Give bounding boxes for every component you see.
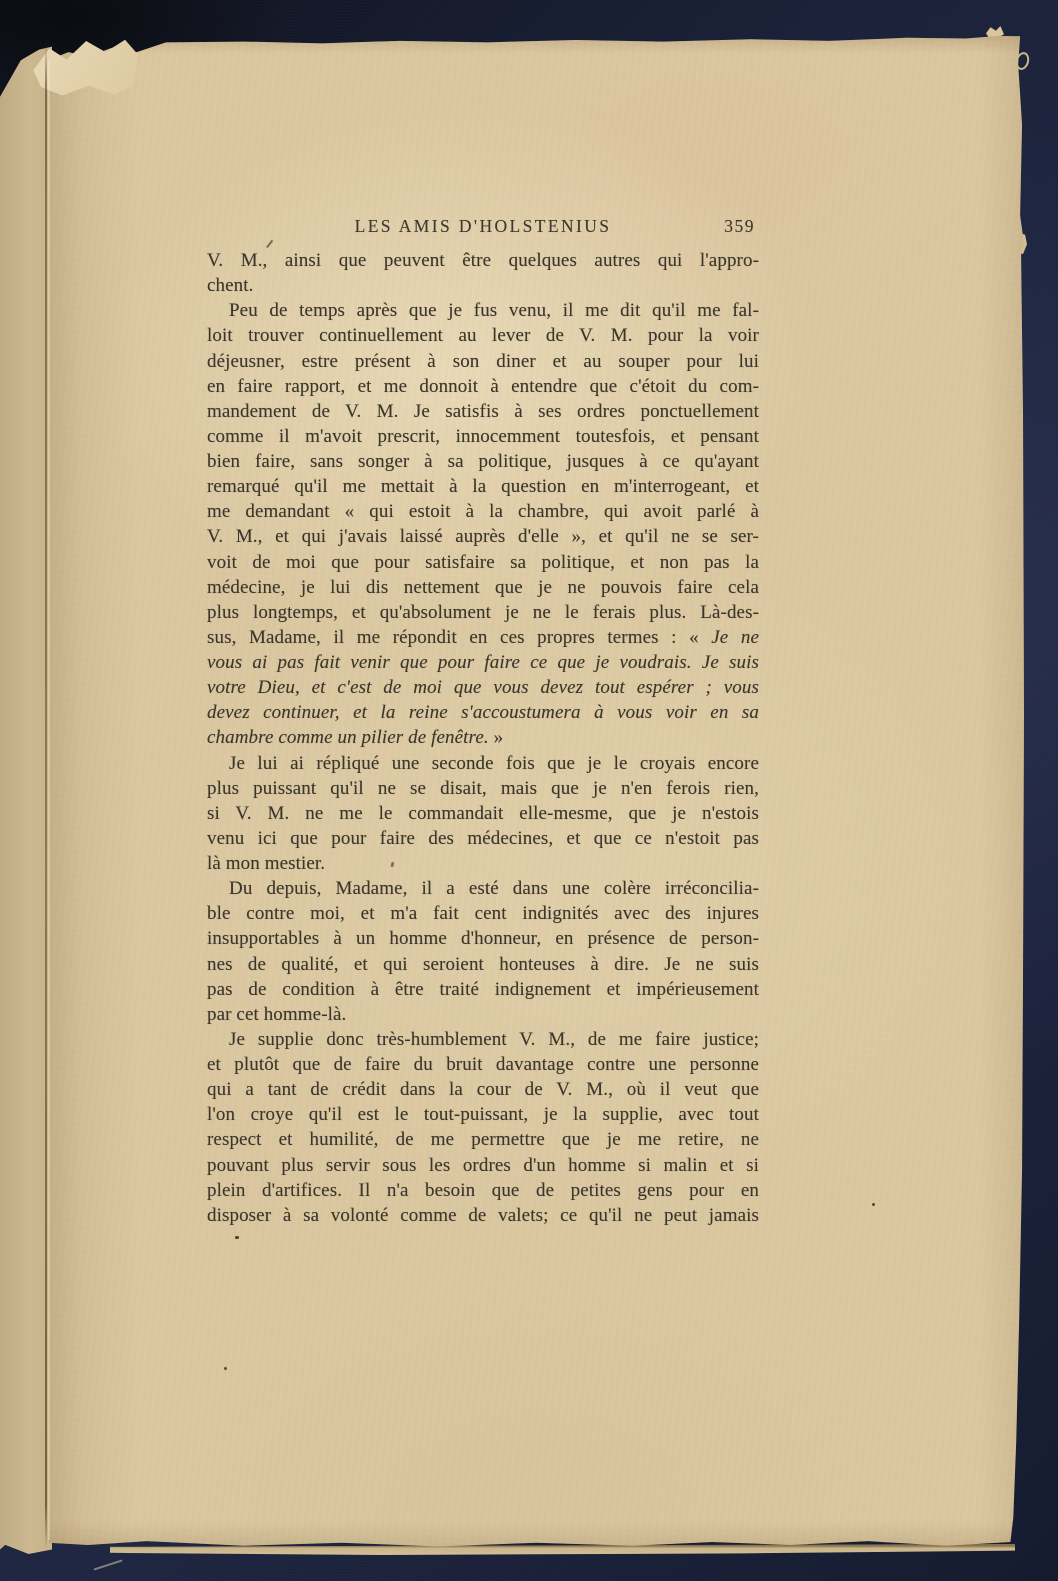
text-line: Du depuis, Madame, il a esté dans une co… bbox=[207, 876, 759, 901]
text-line: en faire rapport, et me donnoit à entend… bbox=[207, 374, 759, 399]
text-segment: là mon mestier. bbox=[207, 853, 325, 874]
text-segment: remarqué qu'il me mettait à la question … bbox=[207, 476, 759, 497]
text-segment: bien faire, sans songer à sa politique, … bbox=[207, 451, 759, 472]
text-line: par cet homme-là. bbox=[207, 1002, 759, 1027]
text-segment: venu ici que pour faire des médecines, e… bbox=[207, 828, 759, 849]
text-segment: disposer à sa volonté comme de valets; c… bbox=[207, 1205, 759, 1226]
text-segment: pouvant plus servir sous les ordres d'un… bbox=[207, 1155, 759, 1176]
text-line: là mon mestier. bbox=[207, 851, 759, 876]
text-segment: loit trouver continuellement au lever de… bbox=[207, 325, 759, 346]
text-segment: mandement de V. M. Je satisfis à ses ord… bbox=[207, 401, 759, 422]
text-line: si V. M. ne me le commandait elle-mesme,… bbox=[207, 801, 759, 826]
text-line: Je lui ai répliqué une seconde fois que … bbox=[207, 751, 759, 776]
text-line: pouvant plus servir sous les ordres d'un… bbox=[207, 1153, 759, 1178]
text-line: bien faire, sans songer à sa politique, … bbox=[207, 449, 759, 474]
text-line: déjeusner, estre présent à son diner et … bbox=[207, 349, 759, 374]
italic-text-segment: chambre comme un pilier de fenêtre. bbox=[207, 727, 489, 748]
ink-speck bbox=[224, 1367, 227, 1370]
text-segment: comme il m'avoit prescrit, innocemment t… bbox=[207, 426, 759, 447]
text-segment: en faire rapport, et me donnoit à entend… bbox=[207, 376, 759, 397]
text-line: insupportables à un homme d'honneur, en … bbox=[207, 926, 759, 951]
text-segment: et plutôt que de faire du bruit davantag… bbox=[207, 1054, 759, 1075]
text-line: et plutôt que de faire du bruit davantag… bbox=[207, 1052, 759, 1077]
text-segment: chent. bbox=[207, 275, 254, 296]
text-segment: me demandant « qui estoit à la chambre, … bbox=[207, 501, 759, 522]
text-line: disposer à sa volonté comme de valets; c… bbox=[207, 1203, 759, 1228]
text-line: Peu de temps après que je fus venu, il m… bbox=[207, 298, 759, 323]
text-segment: ble contre moi, et m'a fait cent indigni… bbox=[207, 903, 759, 924]
text-line: plus puissant qu'il ne se disait, mais q… bbox=[207, 776, 759, 801]
text-line: ble contre moi, et m'a fait cent indigni… bbox=[207, 901, 759, 926]
text-segment: Peu de temps après que je fus venu, il m… bbox=[229, 300, 759, 321]
text-line: chent. bbox=[207, 273, 759, 298]
italic-text-segment: votre Dieu, et c'est de moi que vous dev… bbox=[207, 677, 759, 698]
text-line: plus longtemps, et qu'absolument je ne l… bbox=[207, 600, 759, 625]
text-line: comme il m'avoit prescrit, innocemment t… bbox=[207, 424, 759, 449]
text-segment: Je lui ai répliqué une seconde fois que … bbox=[229, 753, 759, 774]
text-line: médecine, je lui dis nettement que je ne… bbox=[207, 575, 759, 600]
text-segment: V. M., ainsi que peuvent être quelques a… bbox=[207, 250, 759, 271]
text-line: sus, Madame, il me répondit en ces propr… bbox=[207, 625, 759, 650]
text-line: pas de condition à être traité indigneme… bbox=[207, 977, 759, 1002]
text-segment: l'on croye qu'il est le tout-puissant, j… bbox=[207, 1104, 759, 1125]
text-segment: insupportables à un homme d'honneur, en … bbox=[207, 928, 759, 949]
text-line: voit de moi que pour satisfaire sa polit… bbox=[207, 550, 759, 575]
italic-text-segment: vous ai pas fait venir que pour faire ce… bbox=[207, 652, 759, 673]
text-line: respect et humilité, de me permettre que… bbox=[207, 1127, 759, 1152]
scratch-streak bbox=[93, 1559, 122, 1570]
scanned-book-photo: LES AMIS D'HOLSTENIUS 359 V. M., ainsi q… bbox=[0, 0, 1058, 1581]
text-line: Je supplie donc très-humblement V. M., d… bbox=[207, 1027, 759, 1052]
text-segment: pas de condition à être traité indigneme… bbox=[207, 979, 759, 1000]
text-line: votre Dieu, et c'est de moi que vous dev… bbox=[207, 675, 759, 700]
running-title: LES AMIS D'HOLSTENIUS bbox=[355, 216, 612, 237]
text-segment: » bbox=[489, 727, 503, 748]
running-head: LES AMIS D'HOLSTENIUS 359 bbox=[207, 216, 759, 248]
text-line: devez continuer, et la reine s'accoustum… bbox=[207, 700, 759, 725]
text-line: chambre comme un pilier de fenêtre. » bbox=[207, 725, 759, 750]
text-line: plein d'artifices. Il n'a besoin que de … bbox=[207, 1178, 759, 1203]
text-segment: qui a tant de crédit dans la cour de V. … bbox=[207, 1079, 759, 1100]
text-segment: voit de moi que pour satisfaire sa polit… bbox=[207, 552, 759, 573]
text-segment: déjeusner, estre présent à son diner et … bbox=[207, 351, 759, 372]
text-segment: nes de qualité, et qui seroient honteuse… bbox=[207, 954, 759, 975]
text-line: venu ici que pour faire des médecines, e… bbox=[207, 826, 759, 851]
text-line: nes de qualité, et qui seroient honteuse… bbox=[207, 952, 759, 977]
text-line: qui a tant de crédit dans la cour de V. … bbox=[207, 1077, 759, 1102]
text-line: vous ai pas fait venir que pour faire ce… bbox=[207, 650, 759, 675]
text-segment: Je supplie donc très-humblement V. M., d… bbox=[229, 1029, 759, 1050]
body-text: V. M., ainsi que peuvent être quelques a… bbox=[207, 248, 759, 1228]
text-line: loit trouver continuellement au lever de… bbox=[207, 323, 759, 348]
page-number: 359 bbox=[724, 216, 755, 237]
text-line: mandement de V. M. Je satisfis à ses ord… bbox=[207, 399, 759, 424]
binding-crease-highlight bbox=[48, 60, 50, 1540]
text-column: LES AMIS D'HOLSTENIUS 359 V. M., ainsi q… bbox=[207, 216, 759, 1228]
text-segment: par cet homme-là. bbox=[207, 1004, 346, 1025]
ink-speck bbox=[235, 1236, 239, 1239]
text-segment: sus, Madame, il me répondit en ces propr… bbox=[207, 627, 711, 648]
text-segment: V. M., et qui j'avais laissé auprès d'el… bbox=[207, 526, 759, 547]
ink-speck bbox=[872, 1203, 875, 1206]
text-segment: si V. M. ne me le commandait elle-mesme,… bbox=[207, 803, 759, 824]
italic-text-segment: devez continuer, et la reine s'accoustum… bbox=[207, 702, 759, 723]
text-segment: plus puissant qu'il ne se disait, mais q… bbox=[207, 778, 759, 799]
text-segment: respect et humilité, de me permettre que… bbox=[207, 1129, 759, 1150]
text-segment: médecine, je lui dis nettement que je ne… bbox=[207, 577, 759, 598]
text-line: V. M., et qui j'avais laissé auprès d'el… bbox=[207, 524, 759, 549]
text-segment: Du depuis, Madame, il a esté dans une co… bbox=[229, 878, 759, 899]
italic-text-segment: Je ne bbox=[711, 627, 759, 648]
binding-crease bbox=[45, 40, 47, 1550]
text-line: l'on croye qu'il est le tout-puissant, j… bbox=[207, 1102, 759, 1127]
text-segment: plus longtemps, et qu'absolument je ne l… bbox=[207, 602, 759, 623]
text-segment: plein d'artifices. Il n'a besoin que de … bbox=[207, 1180, 759, 1201]
text-line: me demandant « qui estoit à la chambre, … bbox=[207, 499, 759, 524]
text-line: remarqué qu'il me mettait à la question … bbox=[207, 474, 759, 499]
text-line: V. M., ainsi que peuvent être quelques a… bbox=[207, 248, 759, 273]
